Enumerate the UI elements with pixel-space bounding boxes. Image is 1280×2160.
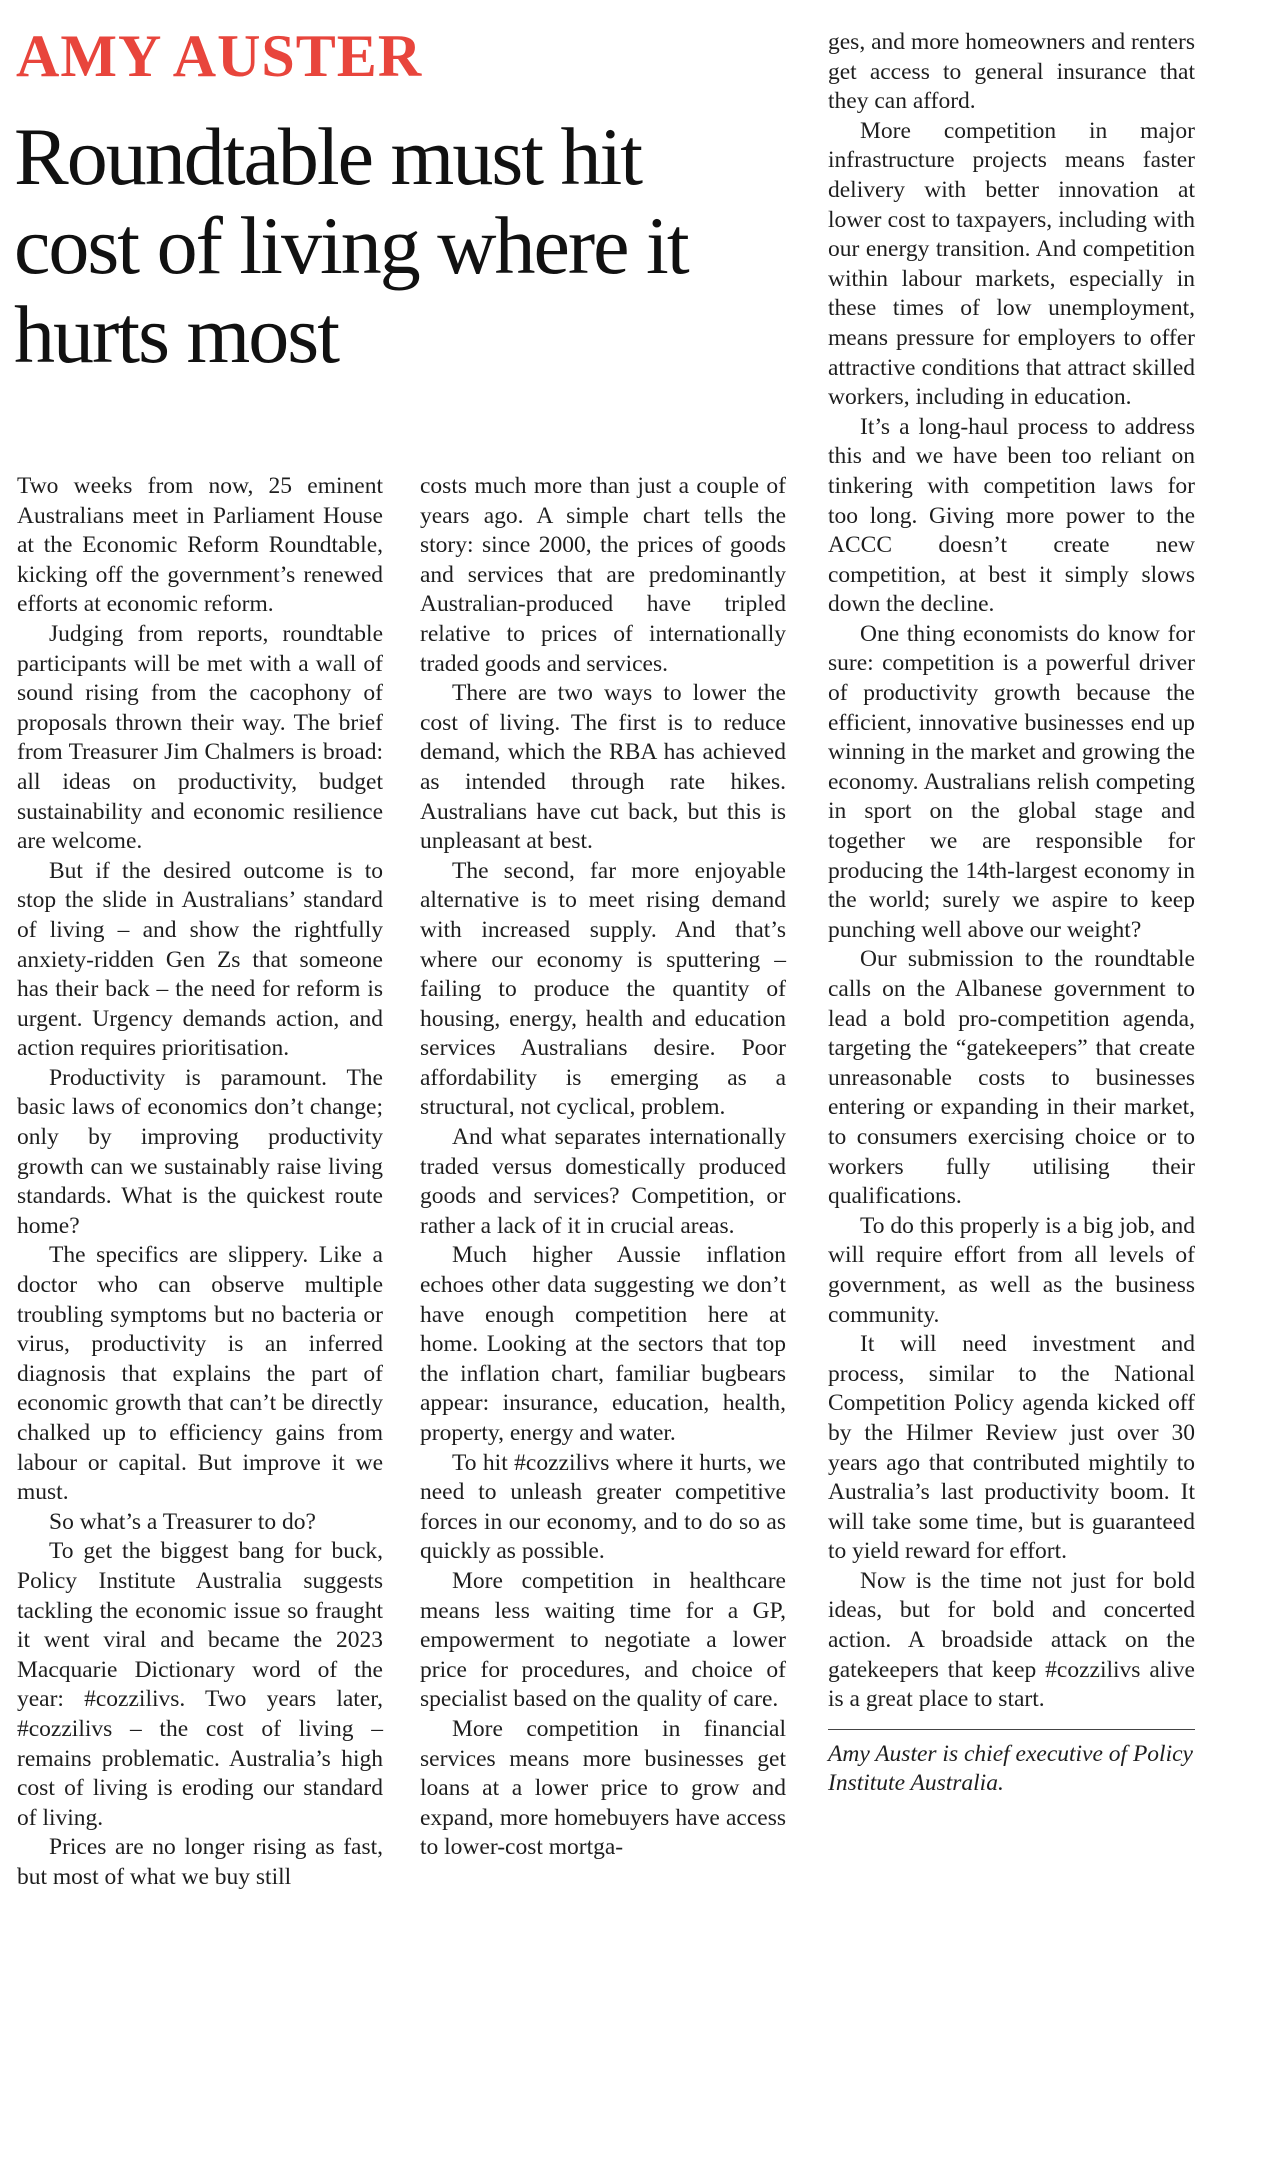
article-column-2: costs much more than just a couple of ye… <box>420 472 786 1863</box>
paragraph: To get the biggest bang for buck, Policy… <box>17 1537 383 1833</box>
article-headline: Roundtable must hit cost of living where… <box>14 112 774 379</box>
author-byline: AMY AUSTER <box>16 26 422 86</box>
paragraph: And what separates internationally trade… <box>420 1123 786 1241</box>
paragraph: There are two ways to lower the cost of … <box>420 679 786 857</box>
paragraph: So what’s a Treasurer to do? <box>17 1508 383 1538</box>
paragraph: ges, and more homeowners and renters get… <box>828 28 1195 117</box>
paragraph: To do this properly is a big job, and wi… <box>828 1212 1195 1330</box>
paragraph: It will need investment and process, sim… <box>828 1330 1195 1567</box>
paragraph: To hit #cozzilivs where it hurts, we nee… <box>420 1449 786 1567</box>
paragraph: The second, far more enjoyable alternati… <box>420 857 786 1123</box>
paragraph: More competition in major infrastructure… <box>828 117 1195 413</box>
paragraph: It’s a long-haul process to address this… <box>828 413 1195 620</box>
paragraph: costs much more than just a couple of ye… <box>420 472 786 679</box>
paragraph: The specifics are slippery. Like a docto… <box>17 1241 383 1507</box>
paragraph: Judging from reports, roundtable partici… <box>17 620 383 857</box>
author-bio: Amy Auster is chief executive of Policy … <box>828 1740 1195 1799</box>
paragraph: Two weeks from now, 25 eminent Australia… <box>17 472 383 620</box>
article-column-3: ges, and more homeowners and renters get… <box>828 28 1195 1799</box>
paragraph: Prices are no longer rising as fast, but… <box>17 1833 383 1892</box>
bio-divider <box>828 1729 1195 1730</box>
paragraph: But if the desired outcome is to stop th… <box>17 857 383 1064</box>
paragraph: One thing economists do know for sure: c… <box>828 620 1195 946</box>
paragraph: Much higher Aussie inflation echoes othe… <box>420 1241 786 1448</box>
paragraph: Our submission to the roundtable calls o… <box>828 945 1195 1211</box>
paragraph: More competition in financial services m… <box>420 1715 786 1863</box>
paragraph: More competition in healthcare means les… <box>420 1567 786 1715</box>
paragraph: Productivity is paramount. The basic law… <box>17 1064 383 1242</box>
article-column-1: Two weeks from now, 25 eminent Australia… <box>17 472 383 1893</box>
paragraph: Now is the time not just for bold ideas,… <box>828 1567 1195 1715</box>
